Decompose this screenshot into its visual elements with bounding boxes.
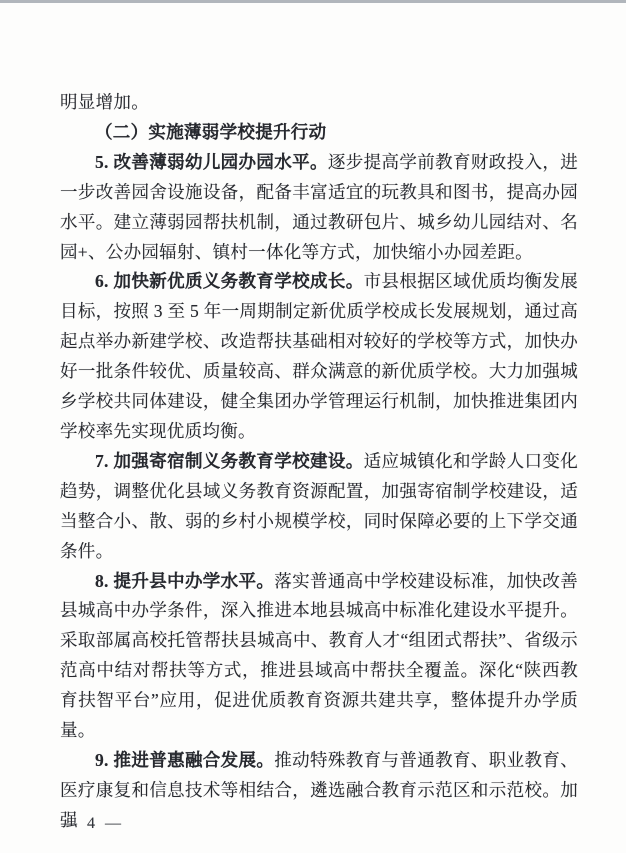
document-page-body: 明显增加。 （二）实施薄弱学校提升行动 5. 改善薄弱幼儿园办园水平。逐步提高学…: [60, 88, 578, 836]
scan-edge-top: [0, 0, 626, 3]
item-7-paragraph: 7. 加强寄宿制义务教育学校建设。适应城镇化和学龄人口变化趋势，调整优化县域义务…: [60, 447, 578, 567]
item-6-paragraph: 6. 加快新优质义务教育学校成长。市县根据区域优质均衡发展目标，按照 3 至 5…: [60, 267, 578, 446]
item-7-lead: 7. 加强寄宿制义务教育学校建设。: [95, 451, 364, 471]
item-8-text: 落实普通高中学校建设标准，加快改善县城高中办学条件，深入推进本地县城高中标准化建…: [60, 571, 578, 741]
item-8-lead: 8. 提升县中办学水平。: [95, 571, 274, 591]
item-6-lead: 6. 加快新优质义务教育学校成长。: [95, 271, 364, 291]
item-9-lead: 9. 推进普惠融合发展。: [95, 750, 274, 770]
paragraph-continuation: 明显增加。: [60, 88, 578, 118]
item-6-text: 市县根据区域优质均衡发展目标，按照 3 至 5 年一周期制定新优质学校成长发展规…: [60, 271, 578, 441]
item-8-paragraph: 8. 提升县中办学水平。落实普通高中学校建设标准，加快改善县城高中办学条件，深入…: [60, 567, 578, 746]
section-heading: （二）实施薄弱学校提升行动: [60, 118, 578, 148]
item-5-paragraph: 5. 改善薄弱幼儿园办园水平。逐步提高学前教育财政投入，进一步改善园舍设施设备，…: [60, 148, 578, 268]
item-5-lead: 5. 改善薄弱幼儿园办园水平。: [95, 152, 328, 172]
page-number: — 4 —: [61, 812, 124, 836]
item-9-paragraph: 9. 推进普惠融合发展。推动特殊教育与普通教育、职业教育、医疗康复和信息技术等相…: [60, 746, 578, 836]
